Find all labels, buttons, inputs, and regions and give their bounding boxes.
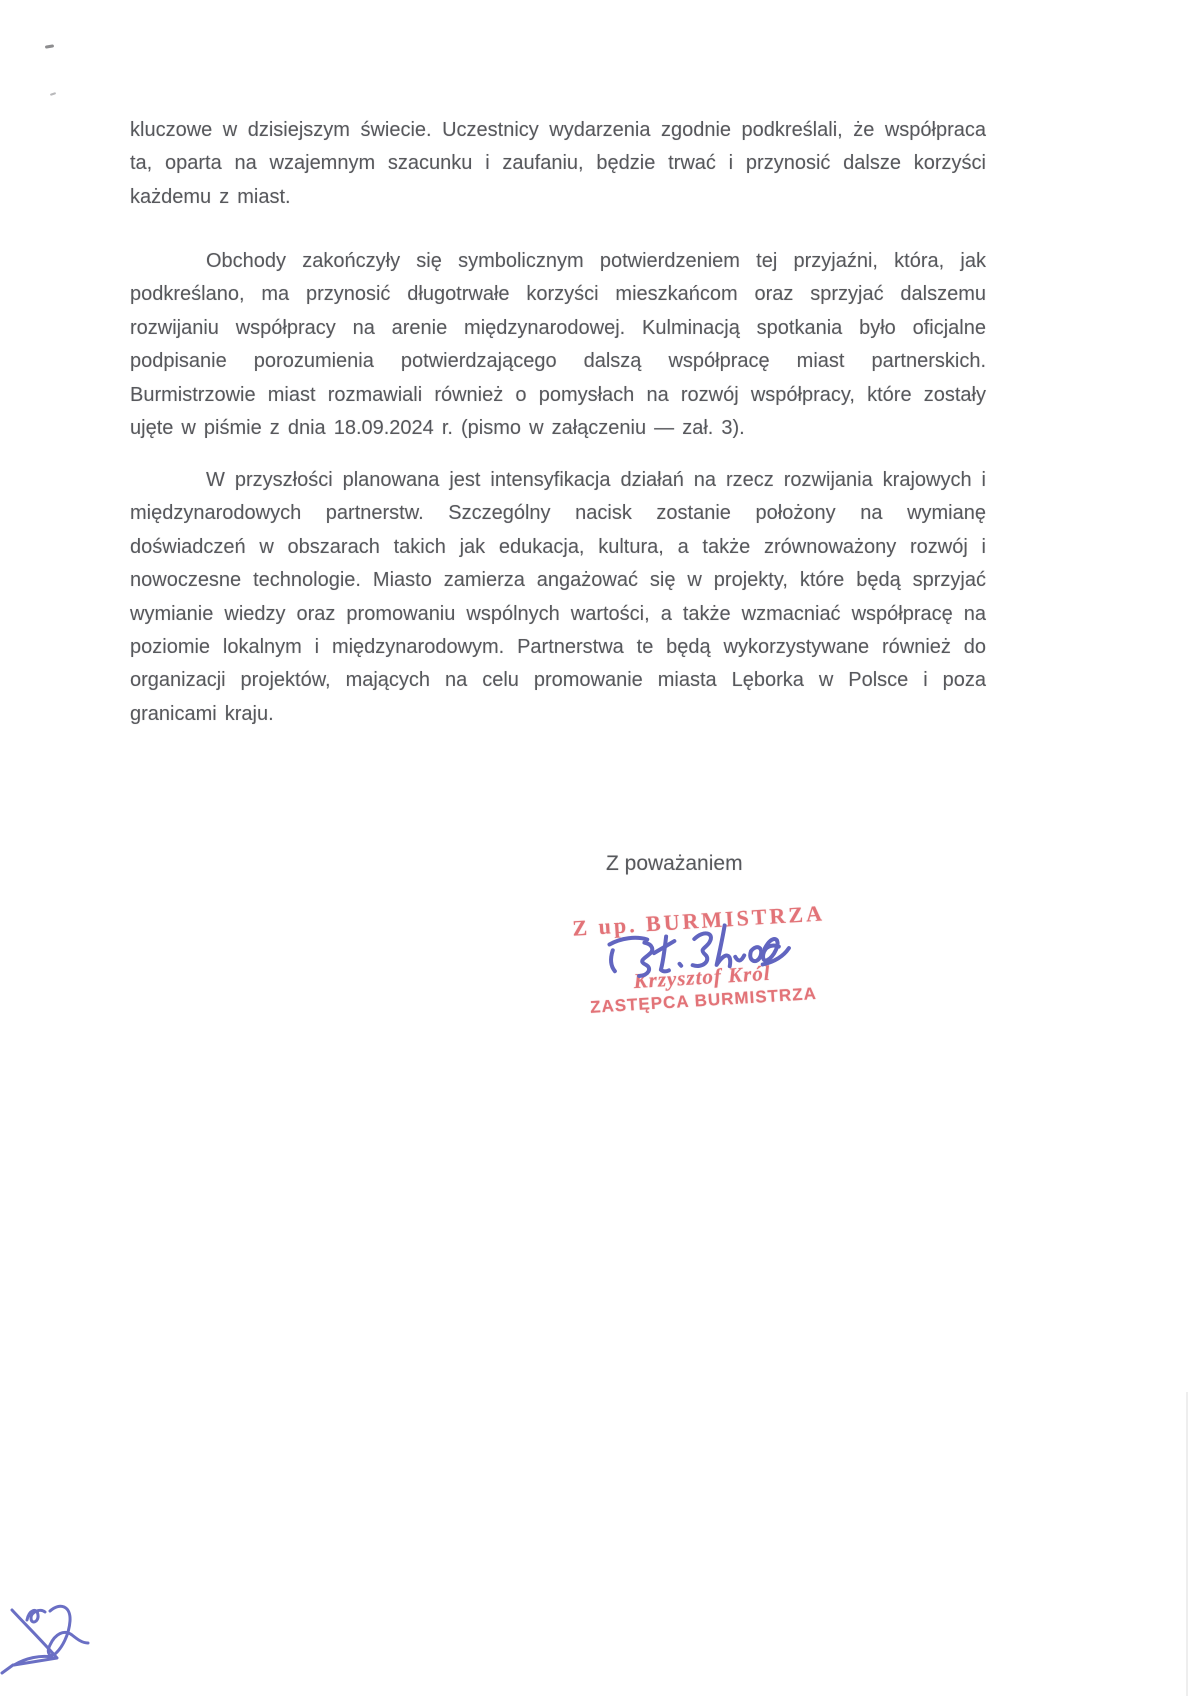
paragraph-continuation: kluczowe w dzisiejszym świecie. Uczestni…	[130, 114, 986, 214]
paragraph-plany: W przyszłości planowana jest intensyfika…	[130, 464, 986, 731]
scan-edge-line	[1186, 1392, 1188, 1696]
closing-salutation: Z poważaniem	[606, 852, 743, 876]
scan-artifact-dash	[45, 44, 54, 49]
handwritten-signature	[593, 910, 797, 995]
paragraph-obchody: Obchody zakończyły się symbolicznym potw…	[130, 245, 986, 445]
scanned-letter-page: kluczowe w dzisiejszym świecie. Uczestni…	[0, 0, 1200, 1696]
scan-artifact-dash	[50, 92, 56, 96]
initials-paraph	[0, 1588, 110, 1678]
